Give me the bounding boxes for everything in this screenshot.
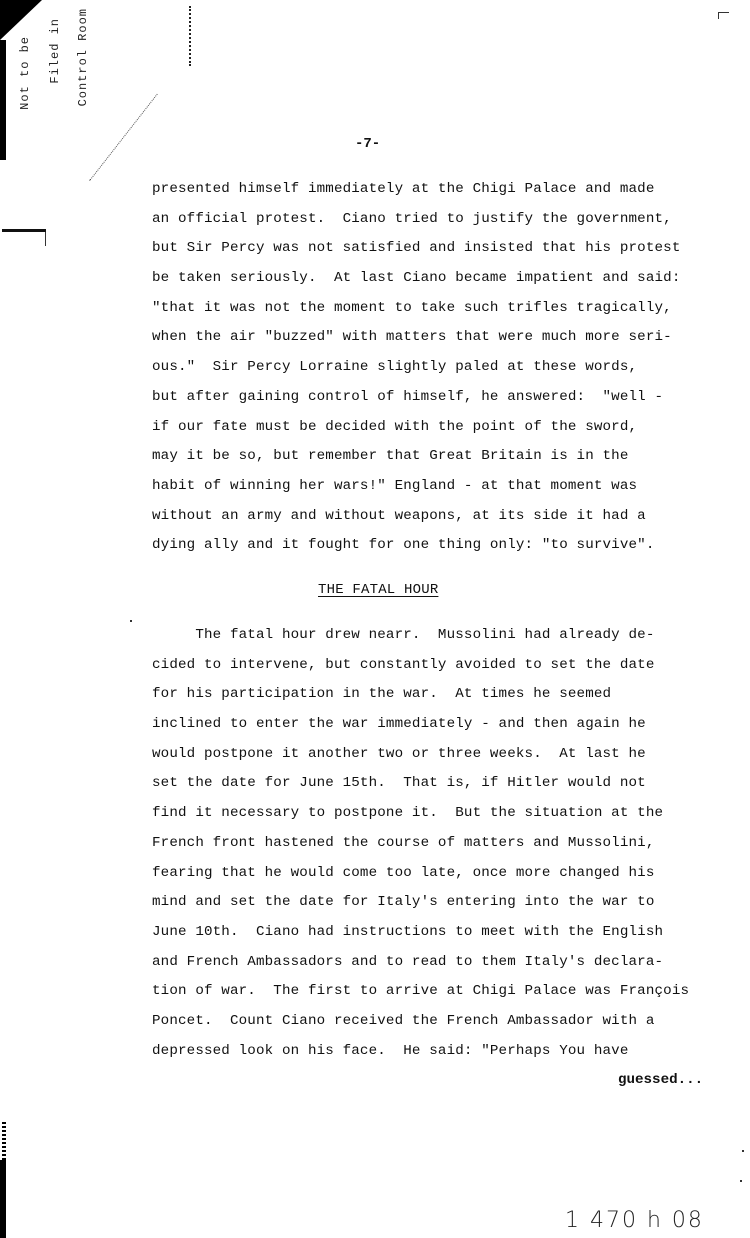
text-line: "that it was not the moment to take such… [152, 297, 712, 327]
text-line: for his participation in the war. At tim… [152, 683, 712, 713]
continuation-catchword: guessed... [618, 1072, 703, 1088]
margin-tick-mark [189, 6, 193, 66]
text-line: fearing that he would come too late, onc… [152, 862, 712, 892]
corner-mark [718, 12, 729, 19]
stamp-line: Filed in [48, 18, 62, 84]
text-line: without an army and without weapons, at … [152, 505, 712, 535]
text-line: inclined to enter the war immediately - … [152, 713, 712, 743]
text-line: mind and set the date for Italy's enteri… [152, 891, 712, 921]
text-line: would postpone it another two or three w… [152, 743, 712, 773]
text-line: but Sir Percy was not satisfied and insi… [152, 237, 712, 267]
text-line: ous." Sir Percy Lorraine slightly paled … [152, 356, 712, 386]
scan-speck [740, 1180, 742, 1182]
text-line: an official protest. Ciano tried to just… [152, 208, 712, 238]
text-line: Poncet. Count Ciano received the French … [152, 1010, 712, 1040]
diagonal-scan-line [89, 94, 158, 182]
scan-edge-left-top [0, 40, 6, 160]
section-heading: THE FATAL HOUR [318, 582, 438, 598]
scan-speck [742, 1150, 744, 1152]
text-line: may it be so, but remember that Great Br… [152, 445, 712, 475]
paragraph-1: presented himself immediately at the Chi… [152, 178, 712, 564]
text-line: habit of winning her wars!" England - at… [152, 475, 712, 505]
text-line: depressed look on his face. He said: "Pe… [152, 1040, 712, 1070]
text-line: find it necessary to postpone it. But th… [152, 802, 712, 832]
margin-bracket-mark [2, 229, 46, 235]
text-line: set the date for June 15th. That is, if … [152, 772, 712, 802]
scan-edge-left-bottom [0, 1160, 6, 1238]
document-page: Not to be Filed in Control Room -7- pres… [0, 0, 750, 1238]
scan-edge-speckle [2, 1120, 6, 1160]
text-line: presented himself immediately at the Chi… [152, 178, 712, 208]
text-line: tion of war. The first to arrive at Chig… [152, 980, 712, 1010]
text-line: but after gaining control of himself, he… [152, 386, 712, 416]
text-line: be taken seriously. At last Ciano became… [152, 267, 712, 297]
stamp-line: Control Room [76, 8, 90, 106]
text-line: if our fate must be decided with the poi… [152, 416, 712, 446]
paragraph-2: The fatal hour drew nearr. Mussolini had… [152, 624, 712, 1069]
margin-stamp: Not to be Filed in Control Room [14, 6, 94, 118]
text-line: The fatal hour drew nearr. Mussolini had… [152, 624, 712, 654]
handwritten-reference-number: 1 470 h 08 [565, 1208, 704, 1233]
text-line: dying ally and it fought for one thing o… [152, 534, 712, 564]
text-line: French front hastened the course of matt… [152, 832, 712, 862]
scan-speck [130, 620, 132, 622]
page-number: -7- [355, 136, 380, 152]
stamp-line: Not to be [18, 36, 32, 110]
text-line: and French Ambassadors and to read to th… [152, 951, 712, 981]
text-line: cided to intervene, but constantly avoid… [152, 654, 712, 684]
text-line: June 10th. Ciano had instructions to mee… [152, 921, 712, 951]
text-line: when the air "buzzed" with matters that … [152, 326, 712, 356]
